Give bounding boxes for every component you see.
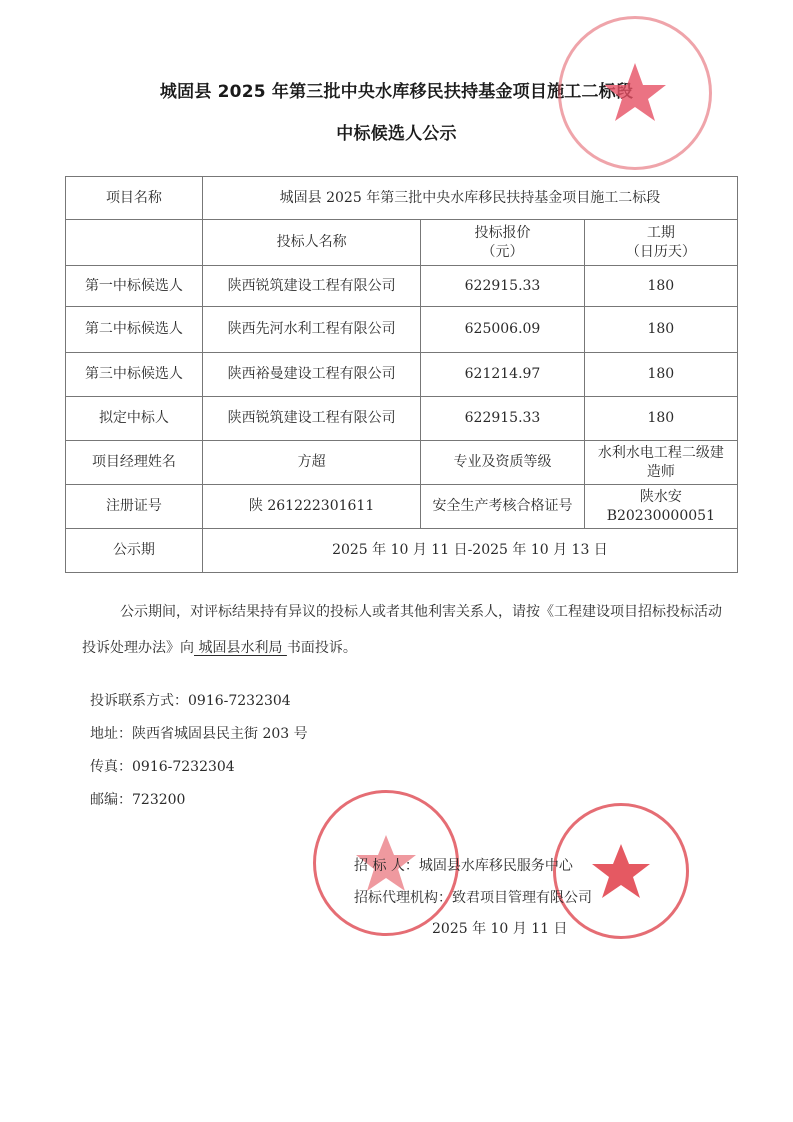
bid-price: 625006.09 bbox=[421, 307, 584, 353]
star-icon bbox=[561, 19, 709, 167]
registration-value: 陕 261222301611 bbox=[202, 485, 420, 529]
duration-days: 180 bbox=[584, 307, 737, 353]
project-name-row: 项目名称 城固县 2025 年第三批中央水库移民扶持基金项目施工二标段 bbox=[66, 177, 738, 220]
header-empty-cell bbox=[66, 220, 203, 266]
duration-days: 180 bbox=[584, 266, 737, 307]
complaint-authority: 城固县水利局 bbox=[194, 640, 287, 656]
manager-name: 方超 bbox=[202, 441, 420, 485]
safety-cert-value-line2: B20230000051 bbox=[587, 507, 735, 526]
bid-price: 622915.33 bbox=[421, 397, 584, 441]
notice-text: 公示期间，对评标结果持有异议的投标人或者其他利害关系人，请按《工程建设项目招标投… bbox=[82, 604, 722, 656]
bid-price: 622915.33 bbox=[421, 266, 584, 307]
header-bidder-name: 投标人名称 bbox=[202, 220, 420, 266]
manager-label: 项目经理姓名 bbox=[66, 441, 203, 485]
duration-days: 180 bbox=[584, 397, 737, 441]
project-name-value: 城固县 2025 年第三批中央水库移民扶持基金项目施工二标段 bbox=[202, 177, 737, 220]
duration-days: 180 bbox=[584, 353, 737, 397]
period-value: 2025 年 10 月 11 日-2025 年 10 月 13 日 bbox=[202, 529, 737, 573]
address: 地址：陕西省城固县民主街 203 号 bbox=[90, 723, 308, 743]
stamp-top-right bbox=[558, 16, 712, 170]
bidder-name: 陕西锐筑建设工程有限公司 bbox=[202, 397, 420, 441]
qualification-value-line2: 造师 bbox=[587, 463, 735, 482]
safety-cert-label: 安全生产考核合格证号 bbox=[421, 485, 584, 529]
table-row: 第三中标候选人 陕西裕曼建设工程有限公司 621214.97 180 bbox=[66, 353, 738, 397]
registration-label: 注册证号 bbox=[66, 485, 203, 529]
complaint-phone: 投诉联系方式：0916-7232304 bbox=[90, 690, 291, 710]
tenderer: 招 标 人：城固县水库移民服务中心 bbox=[354, 855, 573, 875]
header-row: 投标人名称 投标报价 （元） 工期 （日历天） bbox=[66, 220, 738, 266]
bidder-name: 陕西裕曼建设工程有限公司 bbox=[202, 353, 420, 397]
project-name-label: 项目名称 bbox=[66, 177, 203, 220]
table-row: 第一中标候选人 陕西锐筑建设工程有限公司 622915.33 180 bbox=[66, 266, 738, 307]
postcode: 邮编：723200 bbox=[90, 789, 185, 809]
header-bid-price-line1: 投标报价 bbox=[423, 224, 581, 243]
safety-cert-value: 陕水安 B20230000051 bbox=[584, 485, 737, 529]
qualification-value: 水利水电工程二级建 造师 bbox=[584, 441, 737, 485]
bidder-name: 陕西先河水利工程有限公司 bbox=[202, 307, 420, 353]
tender-agency: 招标代理机构：致君项目管理有限公司 bbox=[354, 887, 592, 907]
signature-date: 2025 年 10 月 11 日 bbox=[432, 918, 568, 938]
row-label: 第三中标候选人 bbox=[66, 353, 203, 397]
star-icon bbox=[556, 806, 686, 936]
fax: 传真：0916-7232304 bbox=[90, 756, 235, 776]
registration-row: 注册证号 陕 261222301611 安全生产考核合格证号 陕水安 B2023… bbox=[66, 485, 738, 529]
row-label: 拟定中标人 bbox=[66, 397, 203, 441]
header-duration-line2: （日历天） bbox=[587, 243, 735, 262]
manager-row: 项目经理姓名 方超 专业及资质等级 水利水电工程二级建 造师 bbox=[66, 441, 738, 485]
header-bid-price-line2: （元） bbox=[423, 243, 581, 262]
period-label: 公示期 bbox=[66, 529, 203, 573]
stamp-bottom-right bbox=[553, 803, 689, 939]
header-bid-price: 投标报价 （元） bbox=[421, 220, 584, 266]
candidate-table: 项目名称 城固县 2025 年第三批中央水库移民扶持基金项目施工二标段 投标人名… bbox=[65, 176, 738, 573]
bidder-name: 陕西锐筑建设工程有限公司 bbox=[202, 266, 420, 307]
row-label: 第一中标候选人 bbox=[66, 266, 203, 307]
table-row: 拟定中标人 陕西锐筑建设工程有限公司 622915.33 180 bbox=[66, 397, 738, 441]
period-row: 公示期 2025 年 10 月 11 日-2025 年 10 月 13 日 bbox=[66, 529, 738, 573]
header-duration: 工期 （日历天） bbox=[584, 220, 737, 266]
notice-text-end: 书面投诉。 bbox=[287, 640, 357, 656]
notice-paragraph: 公示期间，对评标结果持有异议的投标人或者其他利害关系人，请按《工程建设项目招标投… bbox=[82, 594, 722, 666]
safety-cert-value-line1: 陕水安 bbox=[587, 488, 735, 507]
table-row: 第二中标候选人 陕西先河水利工程有限公司 625006.09 180 bbox=[66, 307, 738, 353]
header-duration-line1: 工期 bbox=[587, 224, 735, 243]
qualification-label: 专业及资质等级 bbox=[421, 441, 584, 485]
qualification-value-line1: 水利水电工程二级建 bbox=[587, 444, 735, 463]
row-label: 第二中标候选人 bbox=[66, 307, 203, 353]
bid-price: 621214.97 bbox=[421, 353, 584, 397]
